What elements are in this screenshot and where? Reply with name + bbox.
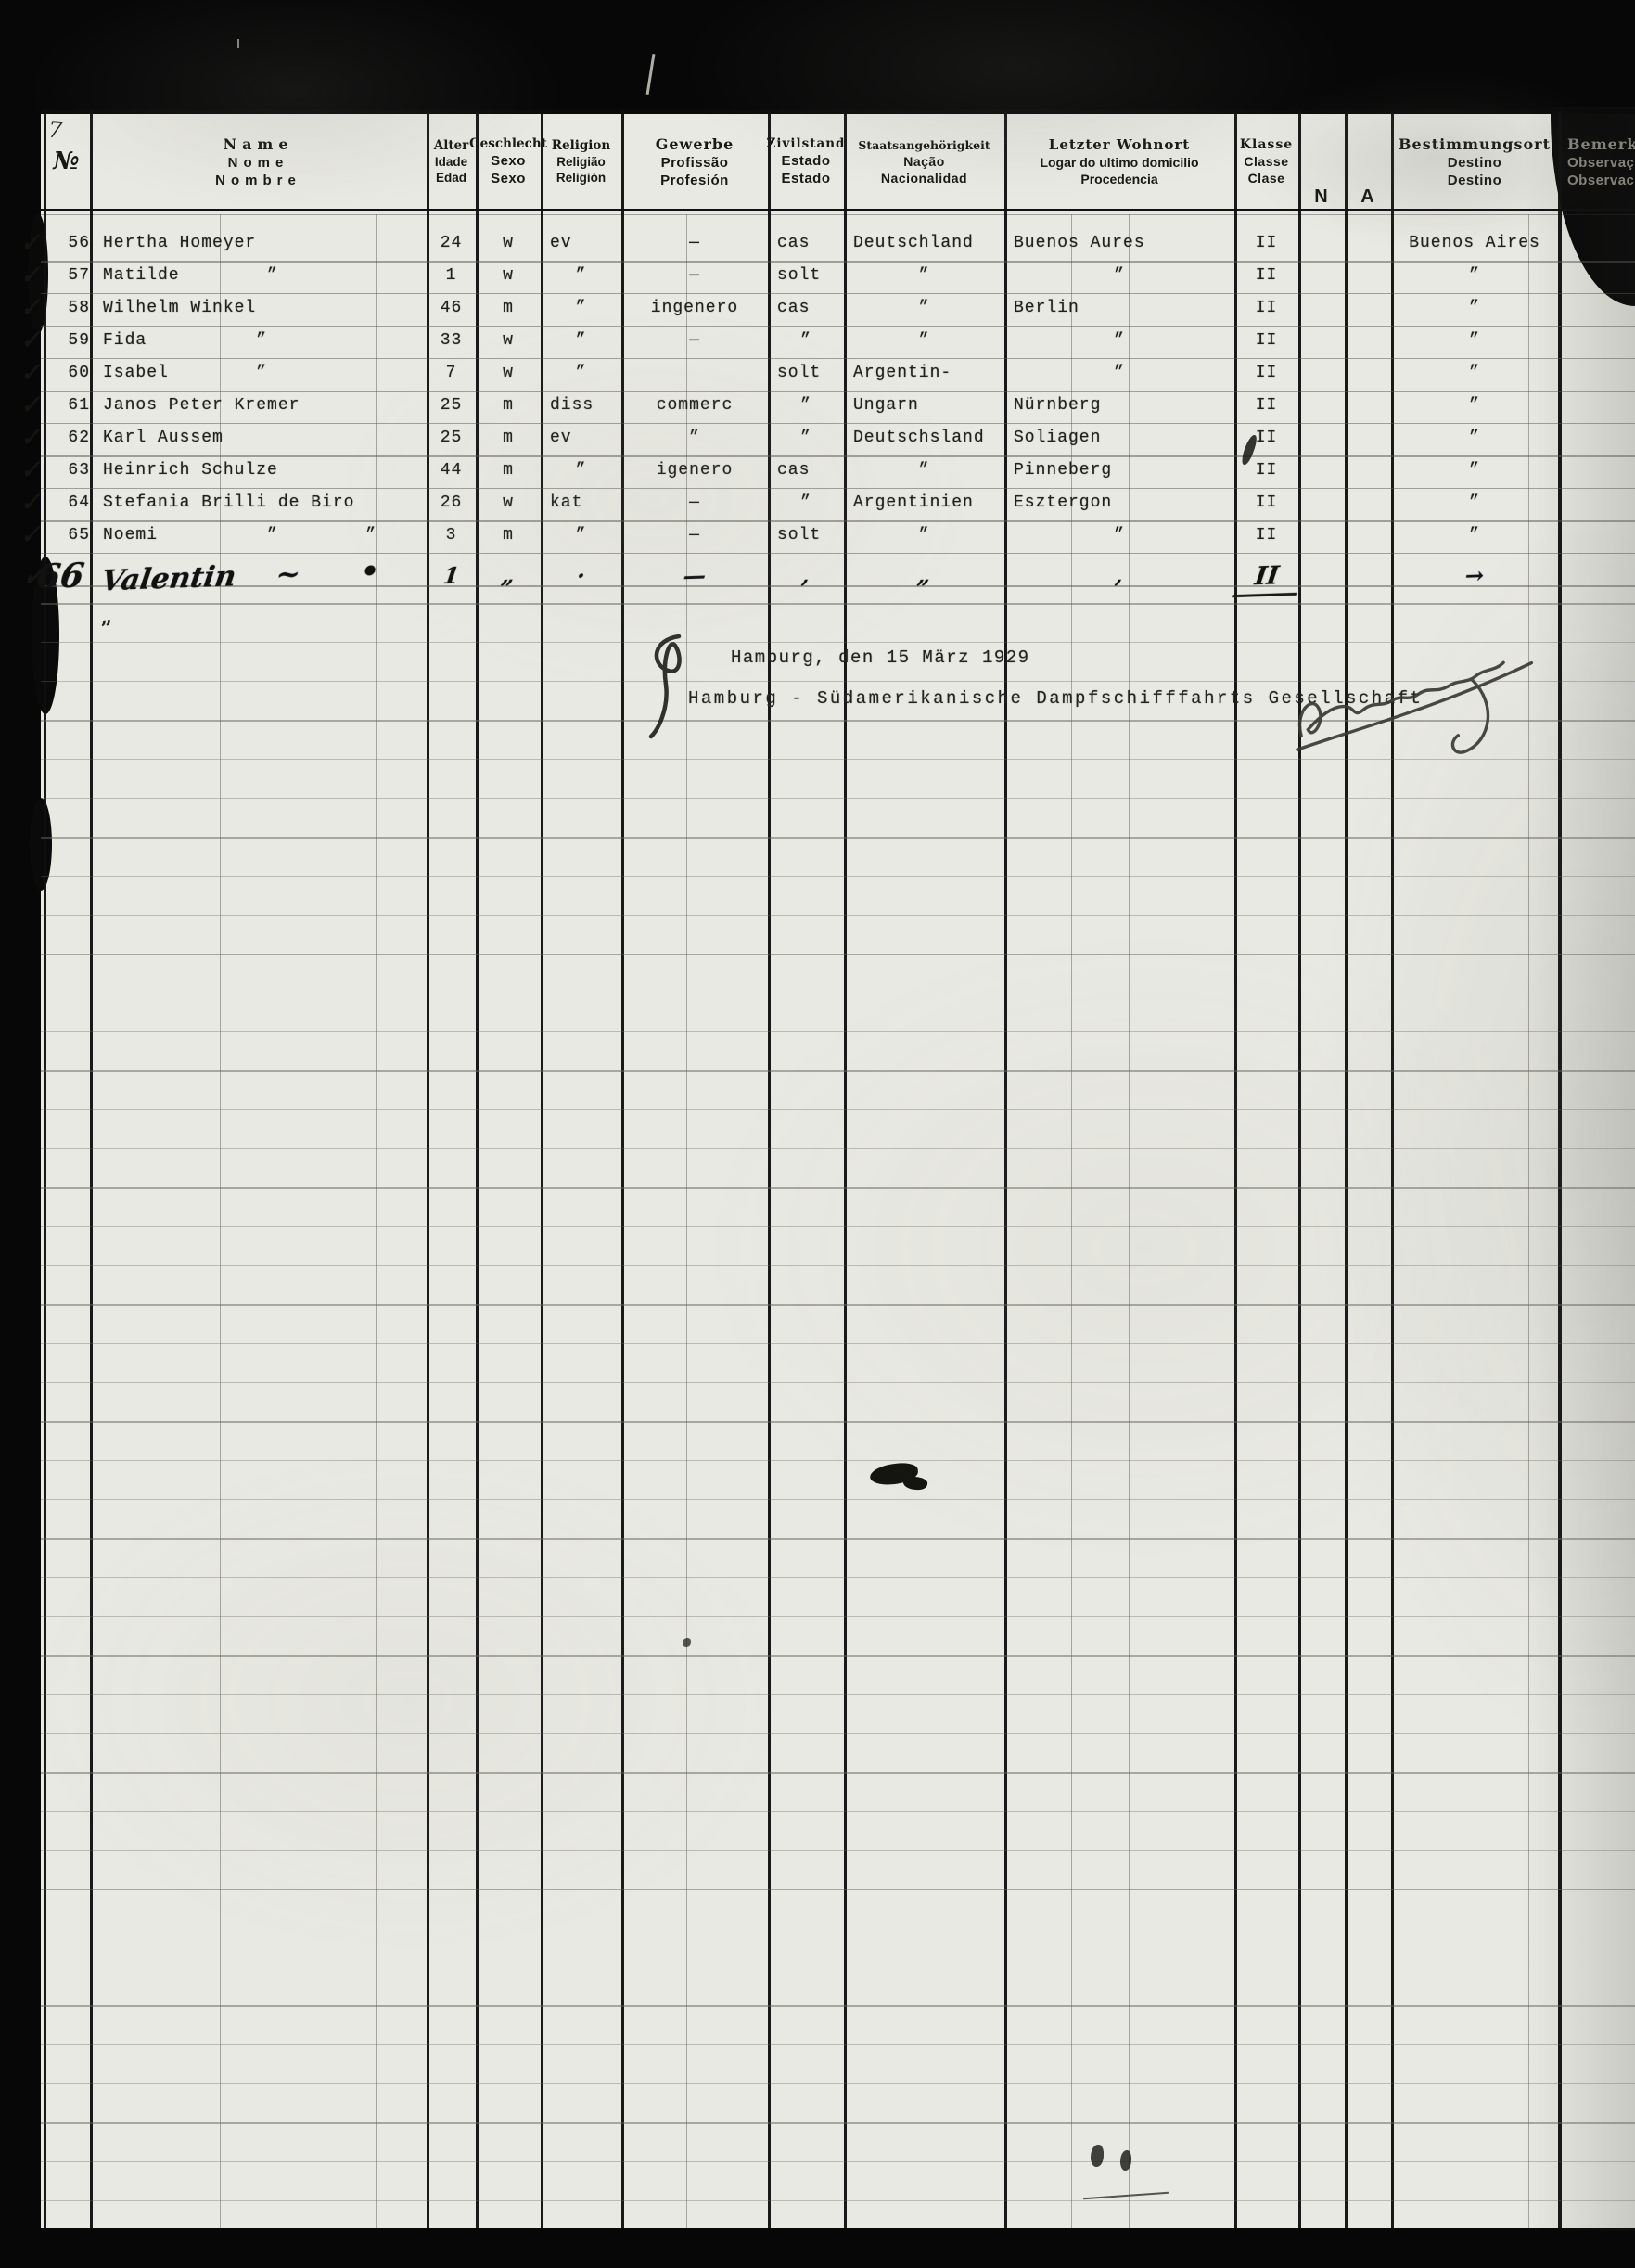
column-label: Nome [228, 155, 289, 171]
column-header-status: ZivilstandEstadoEstado [768, 115, 844, 208]
column-label: Destino [1448, 173, 1502, 188]
column-header-n: N [1298, 115, 1345, 213]
scanned-manifest-page: №NameNomeNombreAlterIdadeEdadGeschlechtS… [0, 0, 1635, 2268]
cell-profession: ingenero [621, 299, 768, 327]
cell-nationality: ” [844, 331, 1004, 359]
cell-profession: commerc [621, 396, 768, 424]
cell-age: 33 [427, 331, 476, 359]
column-label: Letzter Wohnort [1049, 136, 1190, 153]
column-header-destination: BestimmungsortDestinoDestino [1391, 115, 1558, 208]
cell-age: 24 [427, 234, 476, 262]
column-label: Gewerbe [656, 135, 734, 153]
column-label: Nacionalidad [881, 171, 967, 186]
cell-class: II [1234, 299, 1298, 327]
cell-class: II [1234, 461, 1298, 489]
column-header-name: NameNomeNombre [90, 115, 427, 208]
cell-class: II [1234, 526, 1298, 554]
cell-age: 3 [427, 526, 476, 554]
cell-name: Wilhelm Winkel [90, 299, 440, 327]
cell-nationality: ” [844, 461, 1004, 489]
column-label: Destino [1448, 155, 1502, 171]
page-number-annotation: 7 [47, 117, 63, 144]
cell-status: ” [768, 396, 844, 424]
cell-age: 1 [425, 561, 479, 591]
cell-status: ‚ [766, 561, 847, 592]
cell-religion: ev [541, 234, 631, 262]
cell-status: solt [768, 266, 853, 294]
cell-name: Noemi ” ” [90, 526, 440, 554]
cell-sex: w [476, 493, 541, 521]
column-label: Nação [903, 154, 945, 169]
cell-status: ” [768, 331, 844, 359]
cell-destination: Buenos Aires [1391, 234, 1558, 262]
cell-sex: m [476, 396, 541, 424]
cell-status: ” [768, 493, 844, 521]
column-header-nationality: StaatsangehörigkeitNaçãoNacionalidad [844, 115, 1004, 208]
column-label: Name [223, 135, 293, 153]
cell-nationality: „ [841, 559, 1006, 593]
cell-religion: ” [541, 526, 621, 554]
column-label: Estado [781, 153, 830, 169]
margin-mark-annotation: „ [99, 604, 113, 629]
column-label: Classe [1244, 154, 1288, 169]
cell-destination: ” [1391, 461, 1558, 489]
cell-destination: ” [1391, 493, 1558, 521]
column-label: A [1360, 186, 1374, 208]
cell-sex: w [476, 331, 541, 359]
scan-blotch [30, 798, 52, 891]
cell-residence: Pinneberg [1004, 461, 1244, 489]
scan-margin-top [0, 0, 1635, 109]
flourish-mark [644, 631, 699, 742]
cell-destination: ” [1391, 429, 1558, 456]
cell-religion: diss [541, 396, 631, 424]
column-header-religion: ReligionReligiãoReligión [541, 115, 621, 208]
cell-religion: ” [541, 461, 621, 489]
column-label: № [53, 147, 80, 175]
cell-profession: — [621, 331, 768, 359]
cell-status: ” [768, 429, 844, 456]
cell-destination: ” [1391, 526, 1558, 554]
column-label: Estado [781, 171, 830, 186]
page-curl-shade [1524, 107, 1635, 2231]
cell-class: II [1234, 331, 1298, 359]
scan-margin-bottom [0, 2228, 1635, 2268]
cell-religion: ” [541, 331, 621, 359]
cell-status: cas [768, 234, 853, 262]
column-label: Alter [434, 138, 469, 153]
cell-status: cas [768, 461, 853, 489]
cell-age: 25 [427, 429, 476, 456]
column-header-remarks: BemerkungenObservaçõesObservaciones [1558, 115, 1635, 208]
cell-age: 46 [427, 299, 476, 327]
cell-sex: w [476, 364, 541, 391]
column-label: Bestimmungsort [1399, 135, 1551, 153]
cell-profession: — [619, 559, 770, 592]
cell-sex: w [476, 234, 541, 262]
column-header-class: KlasseClasseClase [1234, 115, 1298, 208]
cell-destination: ” [1391, 299, 1558, 327]
cell-name: Hertha Homeyer [90, 234, 440, 262]
cell-residence: Soliagen [1004, 429, 1244, 456]
cell-sex: m [476, 299, 541, 327]
cell-religion: ” [541, 266, 621, 294]
column-label: Klasse [1240, 137, 1293, 152]
column-label: Geschlecht [469, 136, 547, 151]
column-header-profession: GewerbeProfissãoProfesión [621, 115, 768, 208]
paper-background [41, 107, 1635, 2231]
cell-religion: ” [541, 364, 621, 391]
cell-class: II [1234, 493, 1298, 521]
cell-nationality: ” [844, 266, 1004, 294]
cell-profession: ” [621, 429, 768, 456]
column-header-residence: Letzter WohnortLogar do ultimo domicilio… [1004, 115, 1234, 208]
cell-destination: ” [1391, 331, 1558, 359]
cell-residence: Esztergon [1004, 493, 1244, 521]
cell-residence: Nürnberg [1004, 396, 1244, 424]
cell-residence: Berlin [1004, 299, 1244, 327]
column-label: Staatsangehörigkeit [858, 138, 990, 152]
column-label: N [1314, 186, 1328, 208]
column-label: Procedencia [1080, 172, 1157, 186]
cell-religion: ” [541, 299, 621, 327]
cell-age: 26 [427, 493, 476, 521]
cell-profession: — [621, 234, 768, 262]
cell-nationality: ” [844, 299, 1004, 327]
cell-name: Heinrich Schulze [90, 461, 440, 489]
column-label: Idade [435, 155, 467, 169]
cell-residence: ” [1004, 266, 1234, 294]
column-header-age: AlterIdadeEdad [427, 115, 476, 208]
cell-status: solt [768, 526, 853, 554]
cell-name: Karl Aussem [90, 429, 440, 456]
cell-residence: Buenos Aures [1004, 234, 1244, 262]
cell-destination: ” [1391, 364, 1558, 391]
cell-nationality: Deutschland [844, 234, 1014, 262]
cell-name: Matilde ” [90, 266, 440, 294]
cell-religion: ev [541, 429, 631, 456]
cell-nationality: Argentin- [844, 364, 1014, 391]
cell-status: cas [768, 299, 853, 327]
cell-sex: m [476, 429, 541, 456]
column-label: Logar do ultimo domicilio [1040, 155, 1198, 170]
cell-profession: — [621, 526, 768, 554]
cell-sex: w [476, 266, 541, 294]
column-label: Edad [436, 171, 466, 185]
cell-destination: ” [1391, 396, 1558, 424]
column-label: Zivilstand [767, 136, 846, 151]
cell-status: solt [768, 364, 853, 391]
cell-nationality: Argentinien [844, 493, 1014, 521]
cell-nationality: ” [844, 526, 1004, 554]
cell-age: 7 [427, 364, 476, 391]
cell-class: II [1234, 234, 1298, 262]
cell-age: 44 [427, 461, 476, 489]
cell-residence: ” [1004, 331, 1234, 359]
cell-class: II [1234, 266, 1298, 294]
cell-no: 66 [36, 556, 95, 585]
cell-destination: ” [1391, 266, 1558, 294]
cell-religion: kat [541, 493, 631, 521]
cell-class: II [1232, 561, 1301, 597]
column-label: Nombre [215, 173, 301, 188]
column-label: Clase [1248, 171, 1285, 186]
place-date-line: Hamburg, den 15 März 1929 [731, 647, 1030, 668]
column-label: Observaciones [1567, 173, 1635, 188]
cell-religion: · [539, 560, 624, 591]
column-label: Observações [1567, 155, 1635, 171]
column-label: Religion [552, 138, 610, 153]
column-label: Religión [556, 171, 606, 185]
cell-age: 25 [427, 396, 476, 424]
cell-class: II [1234, 396, 1298, 424]
cell-class: II [1234, 364, 1298, 391]
column-label: Profesión [660, 173, 729, 188]
column-label: Sexo [491, 153, 526, 169]
column-header-a: A [1345, 115, 1391, 213]
column-label: Sexo [491, 171, 526, 186]
cell-name: Janos Peter Kremer [90, 396, 440, 424]
cell-name: Fida ” [90, 331, 440, 359]
cell-residence: ” [1004, 364, 1234, 391]
scan-scratch [237, 39, 239, 48]
column-label: Religião [556, 155, 606, 169]
cell-sex: „ [474, 561, 543, 591]
cell-profession: — [621, 493, 768, 521]
column-label: Profissão [661, 155, 729, 171]
cell-nationality: Deutschsland [844, 429, 1014, 456]
cell-sex: m [476, 526, 541, 554]
cell-age: 1 [427, 266, 476, 294]
column-label: Bemerkungen [1567, 135, 1635, 153]
cell-profession: igenero [621, 461, 768, 489]
cell-sex: m [476, 461, 541, 489]
cell-name: Isabel ” [90, 364, 440, 391]
column-header-sex: GeschlechtSexoSexo [476, 115, 541, 208]
cell-residence: ” [1004, 526, 1234, 554]
cell-profession: — [621, 266, 768, 294]
cell-nationality: Ungarn [844, 396, 1014, 424]
cell-name: Stefania Brilli de Biro [90, 493, 440, 521]
